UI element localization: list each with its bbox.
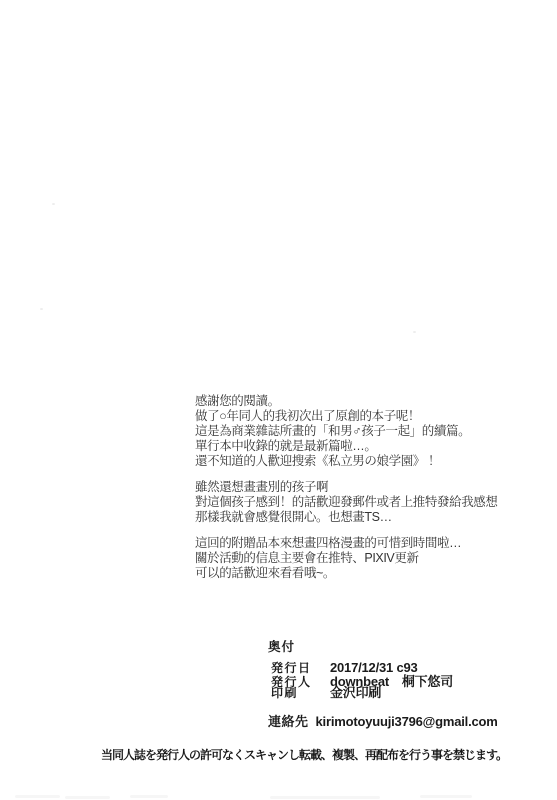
colophon-row-contact: 連絡先kirimotoyuuji3796@gmail.com: [268, 711, 498, 731]
scan-speck: [52, 203, 55, 205]
colophon-row-issue-date: 発行日 2017/12/31 c93: [271, 659, 453, 671]
colophon-heading: 奥付: [268, 637, 295, 655]
colophon-rows: 発行日 2017/12/31 c93 発行人 downbeat 桐下悠司 印刷 …: [271, 659, 453, 694]
afterword-line: 還不知道的人歡迎搜索《私立男の娘学園》 ！: [195, 454, 498, 469]
scanned-afterword-page: 感謝您的閱讀。 做了○年同人的我初次出了原創的本子呢！ 這是為商業雜誌所畫的「和…: [0, 0, 557, 800]
afterword-paragraph-feedback: 雖然還想畫畫別的孩子啊 對這個孩子感到！的話歡迎發郵件或者上推特發給我感想 那樣…: [195, 480, 498, 525]
afterword-line: 那樣我就會感覺很開心。也想畫TS…: [195, 510, 498, 525]
scan-smudge: [270, 796, 380, 799]
afterword-line: 可以的話歡迎來看看哦~。: [195, 566, 498, 581]
scan-smudge: [65, 796, 110, 799]
printer-value: 金沢印刷: [330, 682, 381, 701]
scan-smudge: [130, 795, 168, 798]
afterword-line: 感謝您的閱讀。: [195, 394, 498, 409]
scan-smudge: [420, 795, 472, 798]
scan-smudge: [15, 795, 60, 798]
afterword-line: 單行本中收錄的就是最新篇啦…。: [195, 439, 498, 454]
afterword-line: 這是為商業雜誌所畫的「和男♂孩子一起」的續篇。: [195, 424, 498, 439]
afterword-line: 這回的附贈品本來想畫四格漫畫的可惜到時間啦…: [195, 536, 498, 551]
afterword-text: 感謝您的閱讀。 做了○年同人的我初次出了原創的本子呢！ 這是為商業雜誌所畫的「和…: [195, 394, 498, 581]
contact-label: 連絡先: [268, 714, 309, 729]
afterword-line: 對這個孩子感到！的話歡迎發郵件或者上推特發給我感想: [195, 495, 498, 510]
scan-speck: [413, 331, 416, 333]
afterword-paragraph-thanks: 感謝您的閱讀。 做了○年同人的我初次出了原創的本子呢！ 這是為商業雜誌所畫的「和…: [195, 394, 498, 469]
afterword-line: 關於活動的信息主要會在推特、PIXIV更新: [195, 551, 498, 566]
copyright-disclaimer: 当同人誌を発行人の許可なくスキャンし転載、複製、再配布を行う事を禁じます。: [101, 746, 507, 763]
afterword-line: 做了○年同人的我初次出了原創的本子呢！: [195, 409, 498, 424]
afterword-line: 雖然還想畫畫別的孩子啊: [195, 480, 498, 495]
printer-label: 印刷: [271, 684, 330, 701]
scan-speck: [40, 308, 43, 310]
contact-email: kirimotoyuuji3796@gmail.com: [316, 714, 498, 729]
afterword-paragraph-news: 這回的附贈品本來想畫四格漫畫的可惜到時間啦… 關於活動的信息主要會在推特、PIX…: [195, 536, 498, 581]
colophon-row-publisher: 発行人 downbeat 桐下悠司: [271, 671, 453, 683]
